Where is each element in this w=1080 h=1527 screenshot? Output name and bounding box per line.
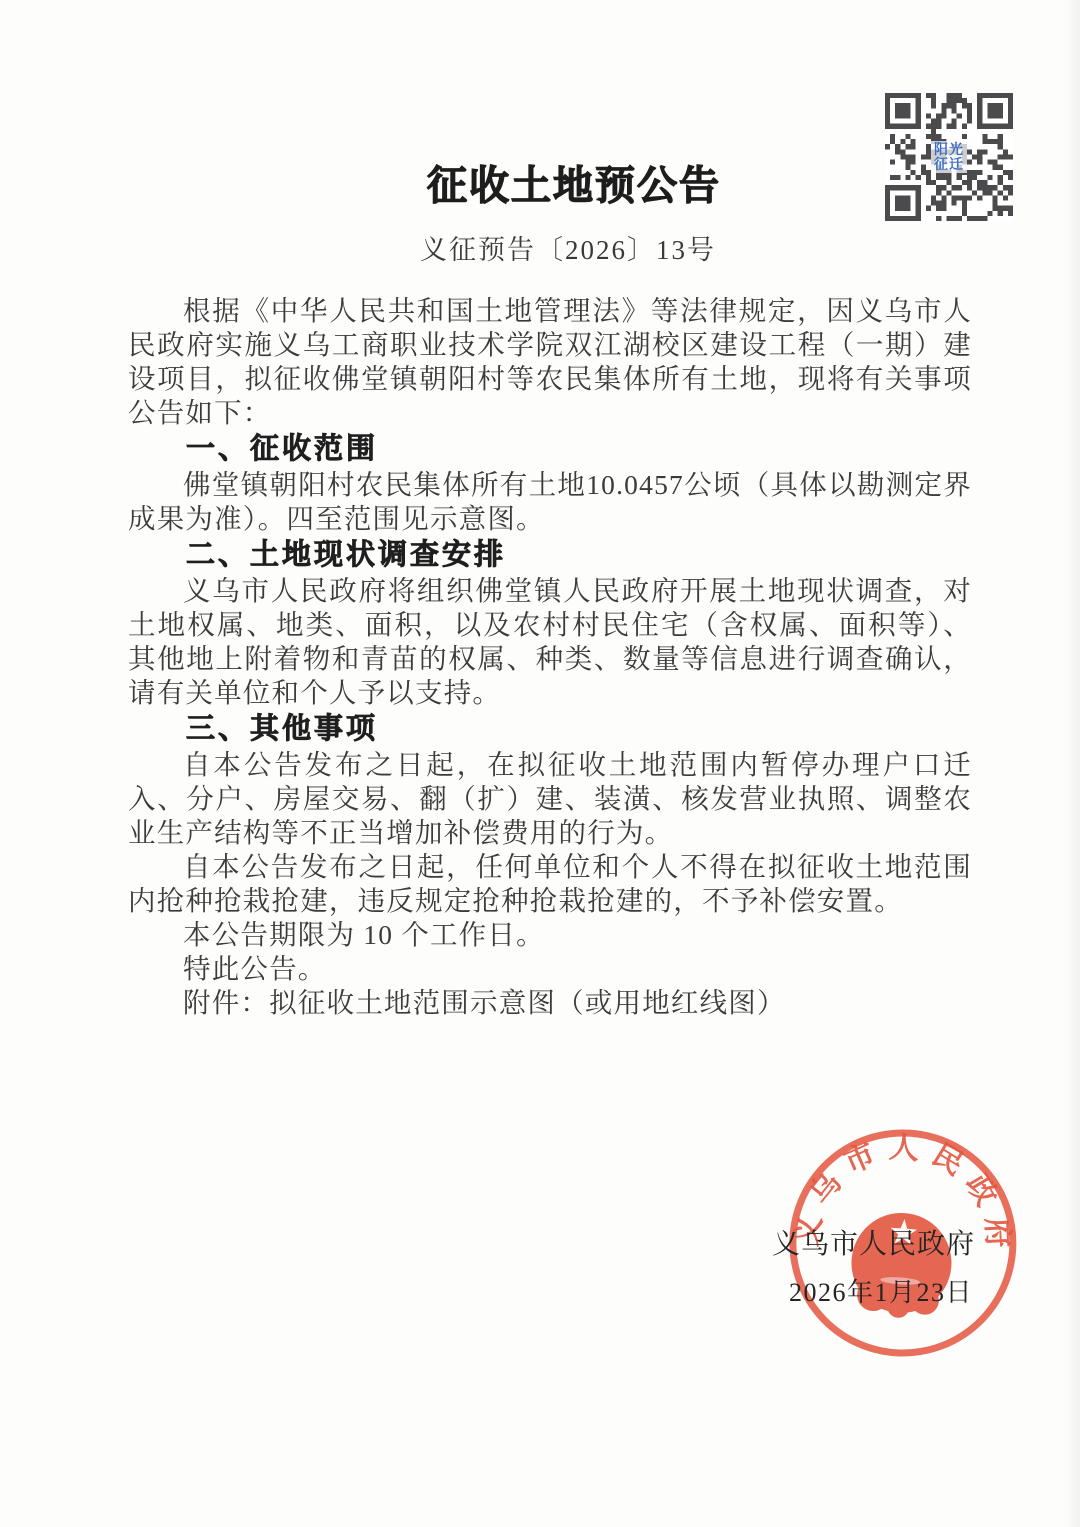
notice-period-line: 本公告期限为 10 个工作日。	[128, 918, 972, 952]
attachment-line: 附件：拟征收土地范围示意图（或用地红线图）	[128, 986, 972, 1020]
signature-issuer: 义乌市人民政府	[772, 1222, 975, 1262]
section-3-heading: 三、其他事项	[128, 710, 972, 748]
hereby-announced-line: 特此公告。	[128, 952, 972, 986]
document-title: 征收土地预公告	[152, 158, 996, 214]
signature-date: 2026年1月23日	[789, 1272, 973, 1309]
section-3-paragraph-1: 自本公告发布之日起，在拟征收土地范围内暂停办理户口迁入、分户、房屋交易、翻（扩）…	[128, 748, 972, 850]
section-3-paragraph-2: 自本公告发布之日起，任何单位和个人不得在拟征收土地范围内抢种抢栽抢建，违反规定抢…	[128, 850, 972, 918]
document-page: 阳光 征迁 征收土地预公告 义征预告〔2026〕13号 根据《中华人民共和国土地…	[0, 0, 1080, 1527]
document-body: 征收土地预公告 义征预告〔2026〕13号 根据《中华人民共和国土地管理法》等法…	[128, 0, 972, 1020]
section-2-heading: 二、土地现状调查安排	[128, 536, 972, 574]
section-1-heading: 一、征收范围	[128, 430, 972, 468]
section-1-paragraph: 佛堂镇朝阳村农民集体所有土地10.0457公顷（具体以勘测定界成果为准）。四至范…	[128, 468, 972, 536]
section-2-paragraph: 义乌市人民政府将组织佛堂镇人民政府开展土地现状调查，对土地权属、地类、面积，以及…	[128, 574, 972, 710]
intro-paragraph: 根据《中华人民共和国土地管理法》等法律规定，因义乌市人民政府实施义乌工商职业技术…	[128, 294, 972, 430]
document-number: 义征预告〔2026〕13号	[146, 232, 990, 268]
